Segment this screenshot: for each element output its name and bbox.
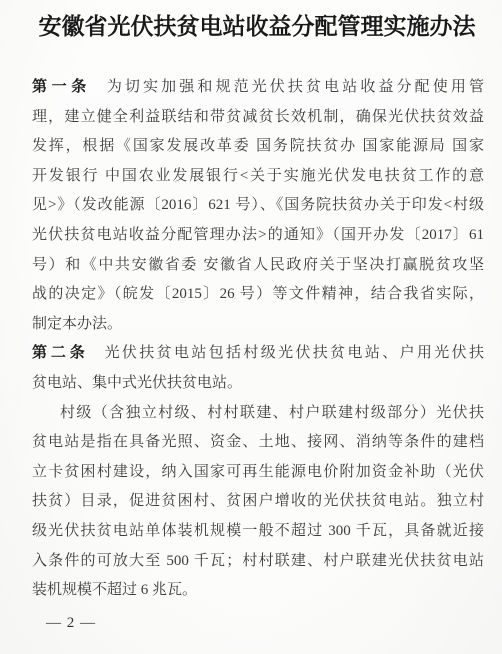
text-line: 见>》（发改能源〔2016〕621 号）、《国务院扶贫办关于印发<村级: [32, 191, 484, 221]
document-title: 安徽省光伏扶贫电站收益分配管理实施办法: [0, 12, 502, 42]
text-line: 级光伏扶贫电站单体装机规模一般不超过 300 千瓦，具备就近接: [32, 517, 484, 547]
text-segment: 为切实加强和规范光伏扶贫电站收益分配使用管: [107, 79, 484, 95]
text-line: 第一条为切实加强和规范光伏扶贫电站收益分配使用管: [32, 73, 484, 103]
text-line: 理，建立健全利益联结和带贫减贫长效机制，确保光伏扶贫效益: [32, 103, 484, 133]
text-line: 光伏扶贫电站收益分配管理办法>的通知》（国开办发〔2017〕61: [32, 221, 484, 251]
text-line: 贫电站是指在具备光照、资金、土地、接网、消纳等条件的建档: [32, 428, 484, 458]
text-line: 入条件的可放大至 500 千瓦；村村联建、村户联建光伏扶贫电站: [32, 547, 484, 577]
article2-term: 第二条: [32, 345, 89, 361]
text-line: 扶贫）目录，促进贫困村、贫困户增收的光伏扶贫电站。独立村: [32, 487, 484, 517]
text-line: 战的决定》（皖发〔2015〕26 号）等文件精神，结合我省实际，: [32, 280, 484, 310]
text-segment: 光伏扶贫电站包括村级光伏扶贫电站、户用光伏扶: [105, 345, 484, 361]
text-line: 村级（含独立村级、村村联建、村户联建村级部分）光伏扶: [32, 399, 484, 429]
text-line: 发挥，根据《国家发展改革委 国务院扶贫办 国家能源局 国家: [32, 132, 484, 162]
document-body: 第一条为切实加强和规范光伏扶贫电站收益分配使用管 理，建立健全利益联结和带贫减贫…: [32, 73, 484, 606]
text-line: 贫电站、集中式光伏扶贫电站。: [32, 369, 484, 399]
text-line: 号）和《中共安徽省委 安徽省人民政府关于坚决打赢脱贫攻坚: [32, 251, 484, 281]
page-number: — 2 —: [46, 611, 96, 635]
scanned-document-page: 安徽省光伏扶贫电站收益分配管理实施办法 第一条为切实加强和规范光伏扶贫电站收益分…: [0, 0, 502, 654]
text-line: 立卡贫困村建设，纳入国家可再生能源电价附加资金补助（光伏: [32, 458, 484, 488]
text-line: 制定本办法。: [32, 310, 484, 340]
text-line: 第二条光伏扶贫电站包括村级光伏扶贫电站、户用光伏扶: [32, 339, 484, 369]
text-line: 开发银行 中国农业发展银行<关于实施光伏发电扶贫工作的意: [32, 162, 484, 192]
article1-term: 第一条: [32, 79, 91, 95]
text-line: 装机规模不超过 6 兆瓦。: [32, 576, 484, 606]
